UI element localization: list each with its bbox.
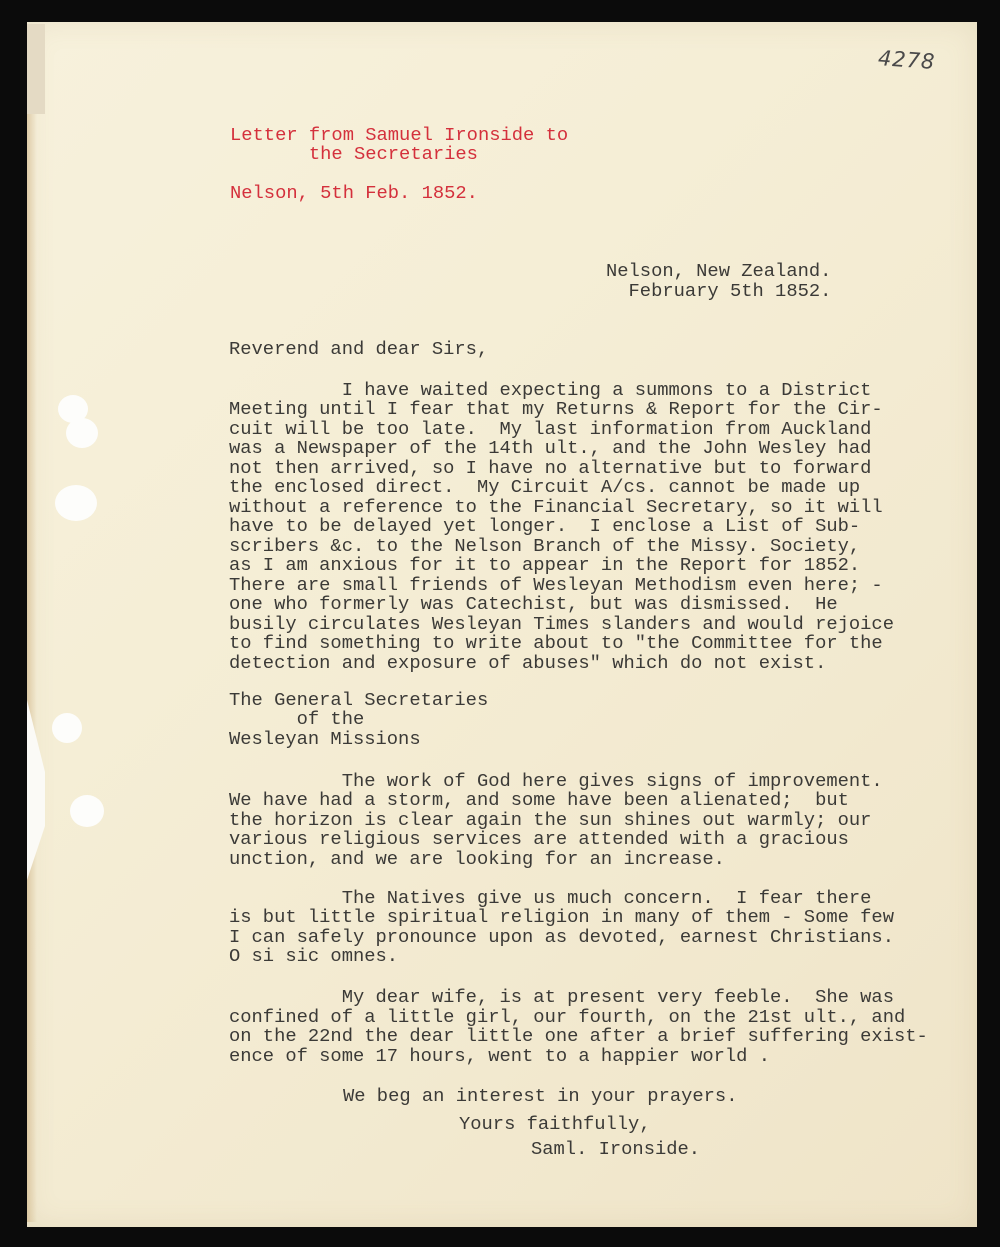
text-line: My dear wife, is at present very feeble.…	[229, 988, 894, 1008]
signature: Saml. Ironside.	[531, 1140, 700, 1160]
text-line: the enclosed direct. My Circuit A/cs. ca…	[229, 478, 860, 498]
heading-place-date: Nelson, 5th Feb. 1852.	[230, 184, 478, 204]
archive-number: 4278	[877, 46, 936, 74]
salutation: Reverend and dear Sirs,	[229, 340, 488, 360]
recipient-line: Wesleyan Missions	[229, 730, 421, 750]
text-line: unction, and we are looking for an incre…	[229, 850, 725, 870]
recipient-line: of the	[229, 710, 364, 730]
text-line: is but little spiritual religion in many…	[229, 908, 894, 928]
heading-line-2: the Secretaries	[230, 145, 478, 165]
torn-edge	[27, 24, 45, 114]
prayer-line: We beg an interest in your prayers.	[343, 1087, 737, 1107]
text-line: We have had a storm, and some have been …	[229, 791, 849, 811]
text-line: ence of some 17 hours, went to a happier…	[229, 1047, 770, 1067]
text-line: one who formerly was Catechist, but was …	[229, 595, 838, 615]
text-line: to find something to write about to "the…	[229, 634, 883, 654]
punch-hole	[52, 713, 82, 743]
text-line: various religious services are attended …	[229, 830, 849, 850]
punch-hole	[55, 485, 97, 521]
address-line-2: February 5th 1852.	[606, 282, 831, 302]
text-line: have to be delayed yet longer. I enclose…	[229, 517, 860, 537]
punch-hole	[70, 795, 104, 827]
valediction: Yours faithfully,	[459, 1115, 651, 1135]
text-line: as I am anxious for it to appear in the …	[229, 556, 860, 576]
text-line: O si sic omnes.	[229, 947, 398, 967]
text-line: was a Newspaper of the 14th ult., and th…	[229, 439, 871, 459]
punch-hole	[66, 418, 98, 448]
text-line: on the 22nd the dear little one after a …	[229, 1027, 928, 1047]
address-line-1: Nelson, New Zealand.	[606, 262, 831, 282]
text-line: detection and exposure of abuses" which …	[229, 654, 826, 674]
text-line: Meeting until I fear that my Returns & R…	[229, 400, 883, 420]
